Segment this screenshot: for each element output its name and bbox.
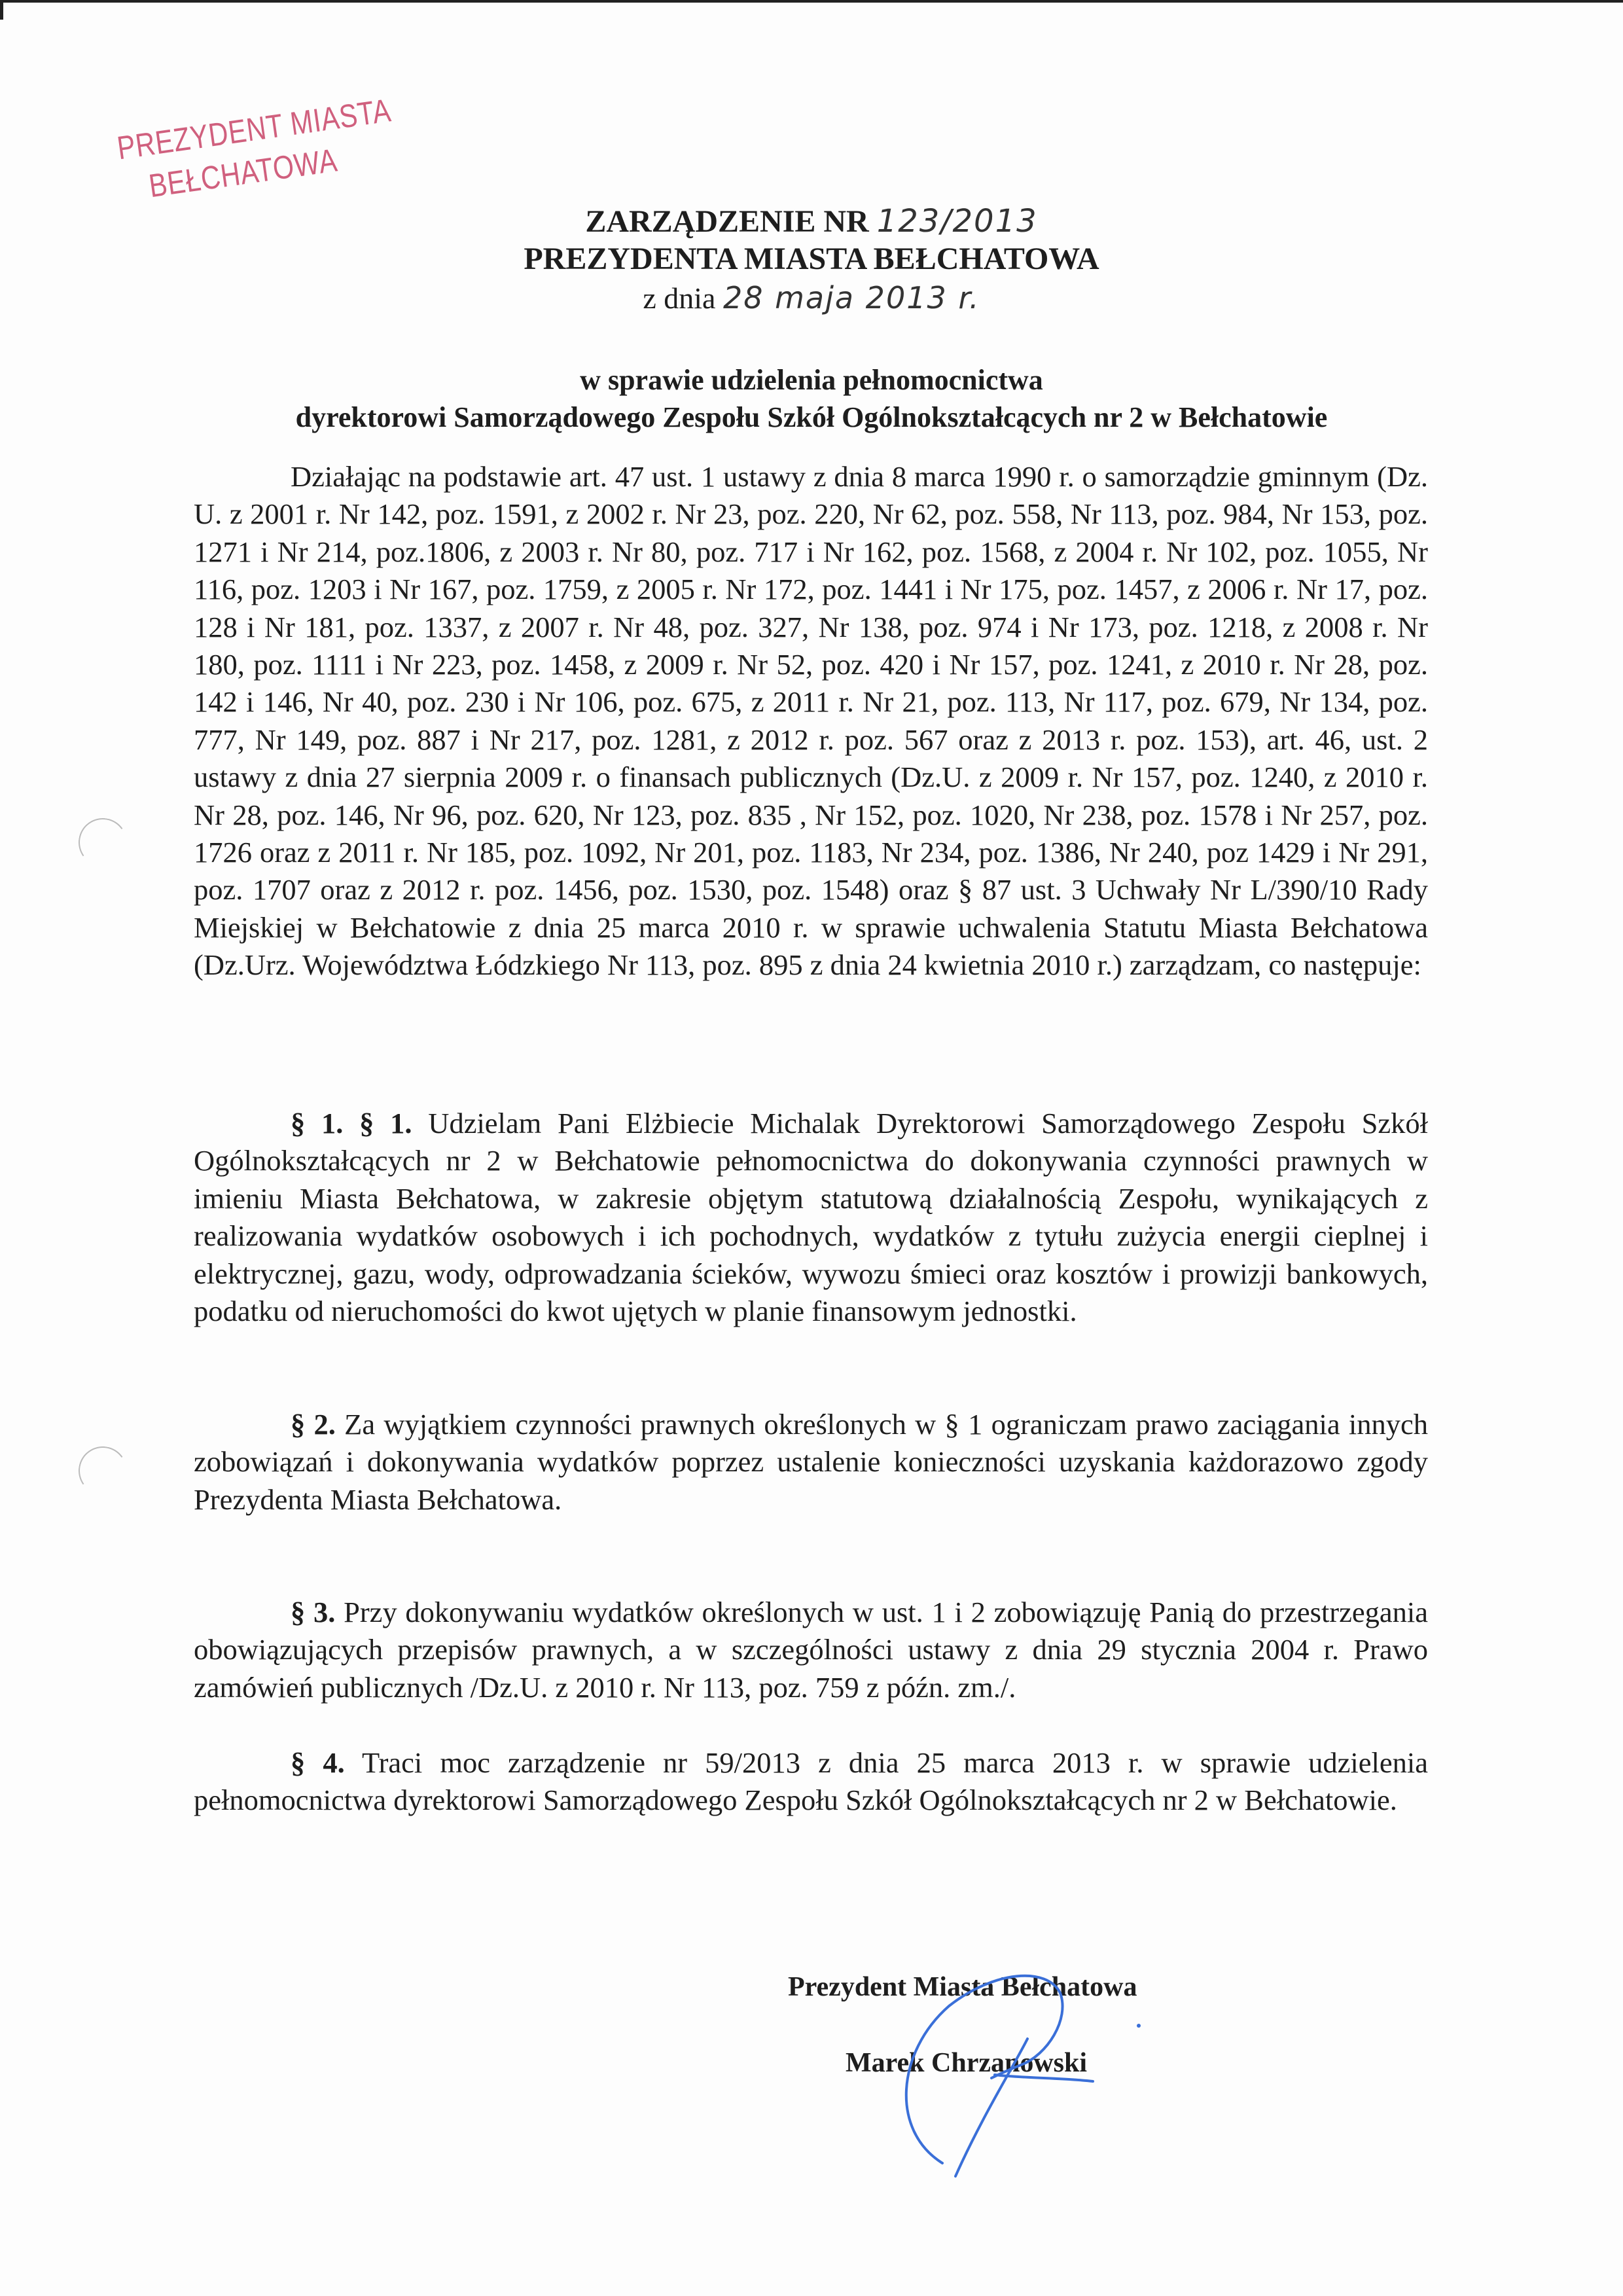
paragraph-marker: § 3. [291,1596,335,1628]
office-stamp: PREZYDENT MIASTA BEŁCHATOWA [115,81,459,210]
paragraph-marker: § 1. § 1. [291,1107,412,1139]
paragraph-text: Przy dokonywaniu wydatków określonych w … [194,1596,1428,1704]
scan-left-mark [0,0,3,20]
preamble: Działając na podstawie art. 47 ust. 1 us… [194,458,1428,984]
paragraph-text: Udzielam Pani Elżbiecie Michalak Dyrekto… [194,1107,1428,1327]
paragraph-marker: § 4. [291,1746,345,1779]
paragraph-1: § 1. § 1. Udzielam Pani Elżbiecie Michal… [194,1105,1428,1330]
punch-hole-mark [75,814,131,870]
paragraph-text: Traci moc zarządzenie nr 59/2013 z dnia … [194,1746,1428,1816]
subject-line-1: w sprawie udzielenia pełnomocnictwa [0,363,1623,397]
date-prefix: z dnia [643,281,723,315]
title-prefix: ZARZĄDZENIE NR [585,204,876,239]
punch-hole-mark [75,1443,131,1499]
scan-top-edge [0,0,1623,3]
document-title: ZARZĄDZENIE NR 123/2013 [0,203,1623,240]
order-number-handwritten: 123/2013 [877,203,1038,240]
handwritten-signature-icon [851,1947,1191,2183]
paragraph-3: § 3. Przy dokonywaniu wydatków określony… [194,1594,1428,1706]
document-issuer: PREZYDENTA MIASTA BEŁCHATOWA [0,241,1623,277]
paragraph-text: Za wyjątkiem czynności prawnych określon… [194,1408,1428,1516]
preamble-text: Działając na podstawie art. 47 ust. 1 us… [194,458,1428,984]
subject-line-2: dyrektorowi Samorządowego Zespołu Szkół … [0,401,1623,434]
date-handwritten: 28 maja 2013 r. [723,280,980,315]
paragraph-marker: § 2. [291,1408,336,1441]
document-date: z dnia 28 maja 2013 r. [0,280,1623,315]
paragraph-4: § 4. Traci moc zarządzenie nr 59/2013 z … [194,1744,1428,1820]
paragraph-2: § 2. Za wyjątkiem czynności prawnych okr… [194,1406,1428,1518]
